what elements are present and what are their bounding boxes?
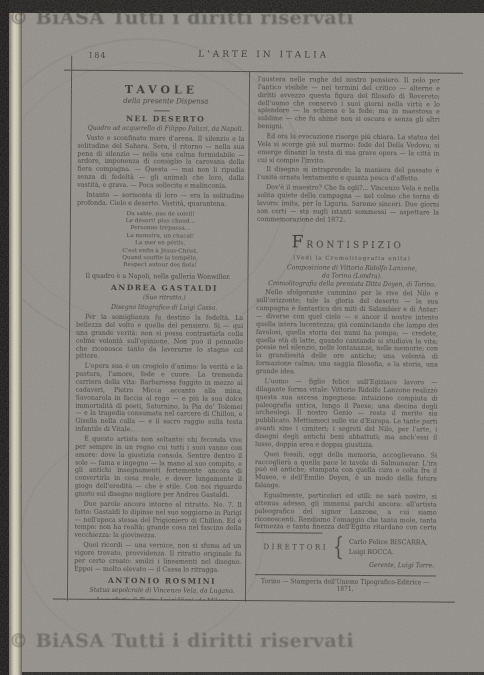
section-heading-frontispizio: Frontispizio [257,233,439,256]
binding-light-band [9,13,22,675]
frontispizio-subtitle: (Vedi la Cromolitografia unita) [257,255,439,263]
binding-dark-strip [0,0,9,675]
body-paragraph: L'opera sua è un crogiolo d'animo: la ve… [75,363,243,435]
body-paragraph: È questo artista non soltanto: chi fecon… [75,436,242,500]
manager-line: Gerente, Luigi Torre. [254,561,436,569]
directors-separator-rule [256,532,322,534]
journal-title: L'ARTE IN ITALIA [64,49,463,62]
body-paragraph: l'austera nelle rughe del nostro pensier… [258,76,440,132]
artwork-credit: Quadro ad acquerello di Filippo Palizzi,… [78,125,245,134]
printer-imprint: Torino — Stamperia dell'Unione Tipografi… [254,578,436,593]
artwork-credit: Cromolitografia della premiata Ditta Doy… [256,280,438,289]
body-paragraph: Quei fossili, oggi della memoria, accogl… [255,451,437,492]
left-column: TAVOLE della presente Dispensa NEL DESER… [74,83,245,600]
body-paragraph: Dov'è il maestro? Che fa egli?... Vincen… [257,184,439,225]
header-rule [64,70,463,74]
body-paragraph: L'uomo — figlio felice sull'Egiziaco lav… [255,378,438,450]
body-paragraph: Nello sfolgorante cammino per le rive de… [256,290,439,378]
body-paragraph: Il quadro è a Napoli, nella galleria Won… [76,273,243,282]
bottom-rule [53,599,455,603]
column-divider-rule [245,71,250,602]
right-column: l'austera nelle rughe del nostro pensier… [254,76,440,531]
verse-block: Du sable, pas de soleil! Le désert! plus… [77,210,244,271]
artwork-credit: Statua sepolcrale di Vincenzo Vela, da L… [74,587,241,596]
small-divider [153,110,169,111]
section-heading-rosmini: ANTONIO ROSMINI [74,575,241,586]
brace-glyph: { [333,533,344,563]
body-paragraph: Ed ora la evocazione risorge più chiara.… [257,133,439,166]
watermark-top: © BiASA Tutti i diritti riservati [9,7,354,29]
tavole-heading: TAVOLE [78,83,245,98]
section-heading-nel-deserto: NEL DESERTO [78,113,245,124]
printed-page: 184 L'ARTE IN ITALIA TAVOLE della presen… [0,0,484,675]
tavole-subtitle: della presente Dispensa [78,96,245,106]
body-paragraph: Quei ricordi — una vernice, non si sfuma… [74,542,241,575]
body-paragraph: Per la somiglianza fu destino la fedeltà… [76,314,243,362]
body-paragraph: Intanto — sormonta di loro — era la soli… [77,192,244,209]
directors-block: DIRETTORI { Carlo Felice BISCARRA, Luigi… [254,537,436,569]
director-name: Carlo Felice BISCARRA, [349,538,427,549]
left-border-rule [67,56,72,601]
imprint-separator-rule [255,574,436,576]
director-name: Luigi ROCCA. [349,548,427,559]
artwork-credit: (Suo ritratto.) [76,294,243,303]
artwork-credit: Disegno litografico di Luigi Cassa. [76,304,243,313]
body-paragraph: Egualmente, particolari ed utili: ne sar… [254,492,436,531]
watermark-bottom: © BiASA Tutti i diritti riservati [9,630,354,652]
section-heading-gastaldi: ANDREA GASTALDI [76,282,243,293]
body-paragraph: Due parole ancora intorno al ritratto. N… [74,501,241,542]
directors-label: DIRETTORI [263,543,328,552]
scanned-page: 184 L'ARTE IN ITALIA TAVOLE della presen… [0,0,484,675]
body-paragraph: Il disegno si intraprende; la maniera de… [257,167,439,184]
body-paragraph: Vasto e sconfinato mare d'arena. Il sile… [77,135,244,191]
